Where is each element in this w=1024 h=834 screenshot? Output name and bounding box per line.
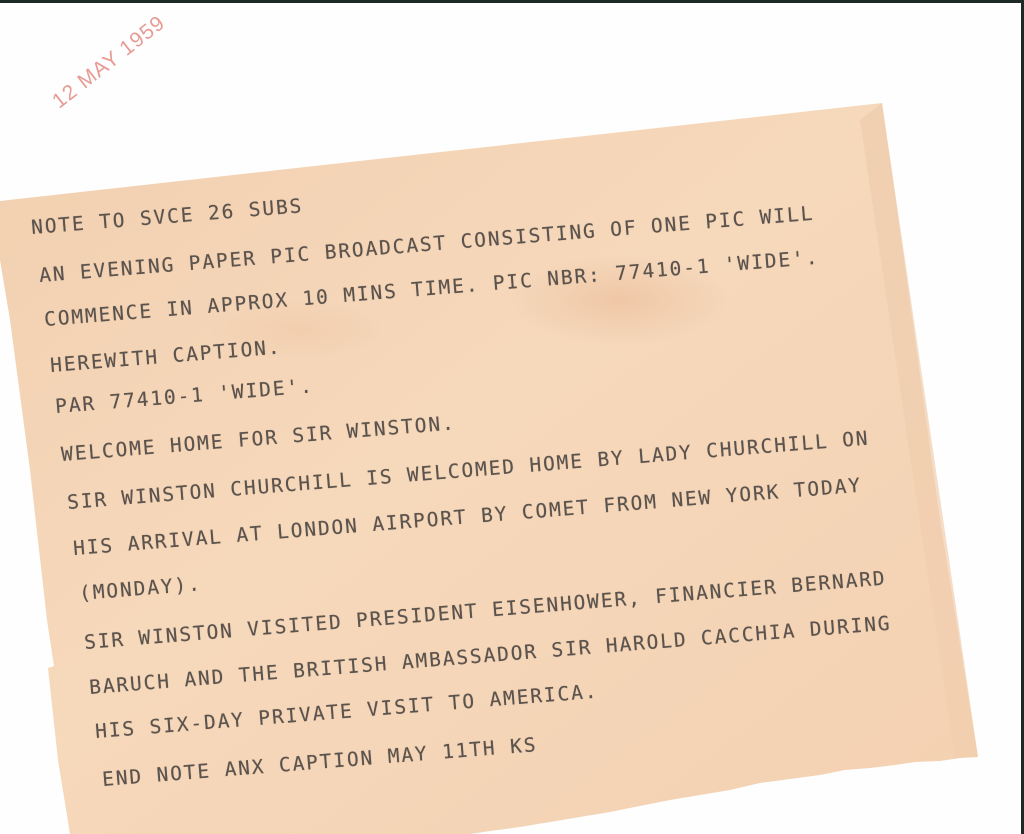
text-line: NOTE TO SVCE 26 SUBS <box>30 196 303 237</box>
text-line: PAR 77410-1 'WIDE'. <box>54 376 314 416</box>
scanned-document: 12 MAY 1959 NOTE TO SVCE 26 SUBS AN EVEN… <box>0 0 1024 834</box>
text-line: WELCOME HOME FOR SIR WINSTON. <box>60 413 456 464</box>
text-line: (MONDAY). <box>78 574 202 603</box>
text-line: HEREWITH CAPTION. <box>49 337 282 375</box>
typed-caption-text: NOTE TO SVCE 26 SUBS AN EVENING PAPER PI… <box>0 0 1024 834</box>
text-line: END NOTE ANX CAPTION MAY 11TH KS <box>101 735 538 789</box>
